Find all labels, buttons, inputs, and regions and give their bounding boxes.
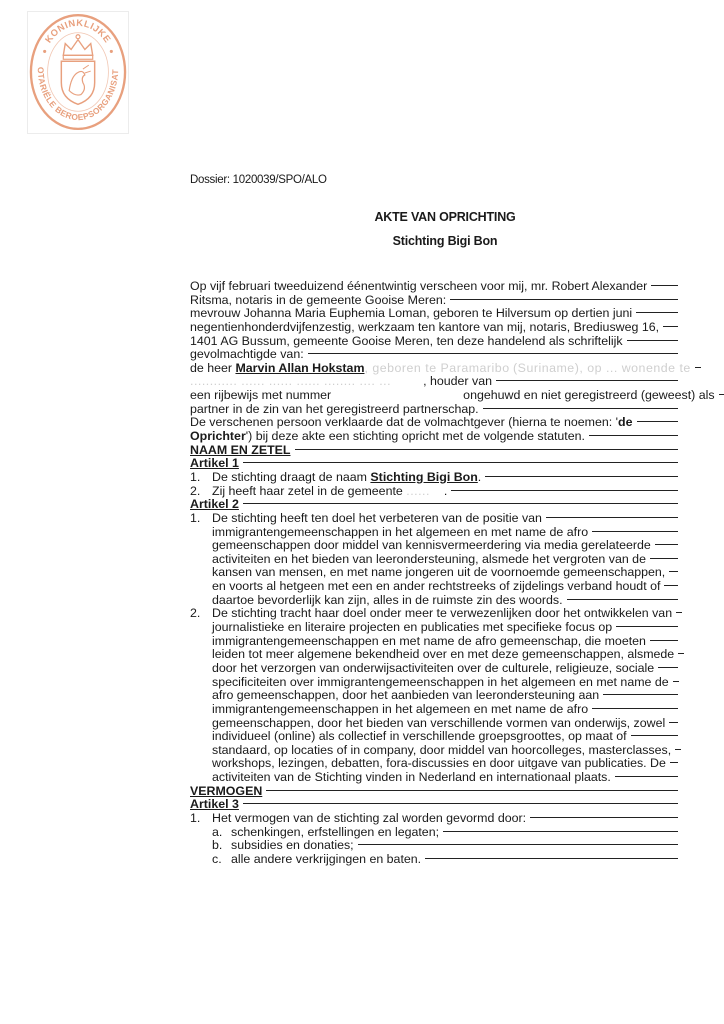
fill-line xyxy=(695,367,701,368)
fill-line xyxy=(589,435,678,436)
foundation-name: Stichting Bigi Bon xyxy=(370,470,477,484)
fill-line xyxy=(719,394,724,395)
deed-body: Op vijf februari tweeduizend éénentwinti… xyxy=(190,280,678,867)
fill-line xyxy=(243,803,678,804)
fill-line xyxy=(443,831,678,832)
intro-line: Ritsma, notaris in de gemeente Gooise Me… xyxy=(190,294,678,308)
fill-line xyxy=(650,640,678,641)
fill-line xyxy=(663,326,678,327)
fill-line xyxy=(243,503,678,504)
fill-line xyxy=(592,531,678,532)
paragraph-line: workshops, lezingen, debatten, fora-disc… xyxy=(190,757,678,771)
fill-line xyxy=(678,653,684,654)
artikel-3-subitem: c.alle andere verkrijgingen en baten. xyxy=(190,853,678,867)
paragraph-line: specificiteiten over immigrantengemeensc… xyxy=(190,676,678,690)
intro-line: gevolmachtigde van: xyxy=(190,348,678,362)
fill-line xyxy=(592,708,678,709)
intro-line: Oprichter') bij deze akte een stichting … xyxy=(190,430,678,444)
intro-line: Op vijf februari tweeduizend éénentwinti… xyxy=(190,280,678,294)
fill-line xyxy=(451,490,678,491)
document-title: AKTE VAN OPRICHTING xyxy=(300,210,590,224)
paragraph-line: 2.De stichting tracht haar doel onder me… xyxy=(190,607,678,621)
artikel-3-item: 1.Het vermogen van de stichting zal word… xyxy=(190,812,678,826)
fill-line xyxy=(358,844,678,845)
intro-line: negentienhonderdvijfenzestig, werkzaam t… xyxy=(190,321,678,335)
paragraph-line: individueel (online) als collectief in v… xyxy=(190,730,678,744)
paragraph-line: immigrantengemeenschappen in het algemee… xyxy=(190,703,678,717)
artikel-1-item: 2.Zij heeft haar zetel in de gemeente ..… xyxy=(190,485,678,499)
artikel-2-item-1: 1.De stichting heeft ten doel het verbet… xyxy=(190,512,678,607)
paragraph-line: immigrantengemeenschappen en met name de… xyxy=(190,635,678,649)
paragraph-line: en voorts al hetgeen met een en ander re… xyxy=(190,580,678,594)
paragraph-line: journalistieke en literaire projecten en… xyxy=(190,621,678,635)
redacted-text: ............ ...... ...... ...... ......… xyxy=(190,374,391,388)
intro-line: de heer Marvin Allan Hokstam, geboren te… xyxy=(190,362,678,376)
fill-line xyxy=(664,585,678,586)
fill-line xyxy=(496,380,678,381)
fill-line xyxy=(675,749,681,750)
fill-line xyxy=(670,762,678,763)
paragraph-line: standaard, op locaties of in company, do… xyxy=(190,744,678,758)
artikel-2-item-2: 2.De stichting tracht haar doel onder me… xyxy=(190,607,678,784)
paragraph-line: activiteiten van de Stichting vinden in … xyxy=(190,771,678,785)
artikel-3-subitem: a.schenkingen, erfstellingen en legaten; xyxy=(190,826,678,840)
document-subtitle: Stichting Bigi Bon xyxy=(300,234,590,248)
fill-line xyxy=(676,612,682,613)
fill-line xyxy=(655,544,678,545)
fill-line xyxy=(651,285,678,286)
fill-line xyxy=(636,312,678,313)
artikel-1-heading: Artikel 1 xyxy=(190,457,678,471)
fill-line xyxy=(669,571,678,572)
paragraph-line: door het verzorgen van onderwijsactivite… xyxy=(190,662,678,676)
artikel-3-subitem: b.subsidies en donaties; xyxy=(190,839,678,853)
redacted-text: (Suriname), op ... wonende te xyxy=(513,361,691,375)
fill-line xyxy=(485,476,678,477)
fill-line xyxy=(616,626,678,627)
artikel-1-item: 1.De stichting draagt de naam Stichting … xyxy=(190,471,678,485)
fill-line xyxy=(658,667,678,668)
paragraph-line: afro gemeenschappen, door het aanbieden … xyxy=(190,689,678,703)
section-heading-vermogen: VERMOGEN xyxy=(190,785,678,799)
fill-line xyxy=(530,817,678,818)
fill-line xyxy=(308,353,678,354)
fill-line xyxy=(243,462,678,463)
paragraph-line: gemeenschappen, door het bieden van vers… xyxy=(190,717,678,731)
dossier-number: Dossier: 1020039/SPO/ALO xyxy=(190,174,327,186)
svg-text:NOTARIËLE BEROEPSORGANISATIE: NOTARIËLE BEROEPSORGANISATIE xyxy=(28,12,120,122)
intro-line: mevrouw Johanna Maria Euphemia Loman, ge… xyxy=(190,307,678,321)
paragraph-line: 1.De stichting heeft ten doel het verbet… xyxy=(190,512,678,526)
paragraph-line: activiteiten en het bieden van leeronder… xyxy=(190,553,678,567)
fill-line xyxy=(266,790,678,791)
intro-line: partner in de zin van het geregistreerd … xyxy=(190,403,678,417)
fill-line xyxy=(603,694,678,695)
fill-line xyxy=(567,599,678,600)
fill-line xyxy=(627,340,678,341)
section-heading-naam-en-zetel: NAAM EN ZETEL xyxy=(190,444,678,458)
redacted-text: ...... xyxy=(406,484,430,498)
fill-line xyxy=(295,449,679,450)
fill-line xyxy=(650,558,678,559)
paragraph-line: leiden tot meer algemene bekendheid over… xyxy=(190,648,678,662)
fill-line xyxy=(669,722,678,723)
principal-name: Marvin Allan Hokstam xyxy=(235,361,364,375)
fill-line xyxy=(546,517,678,518)
paragraph-line: gemeenschappen door middel van kennisver… xyxy=(190,539,678,553)
fill-line xyxy=(673,681,679,682)
fill-line xyxy=(483,408,678,409)
fill-line xyxy=(631,735,678,736)
fill-line xyxy=(450,299,678,300)
intro-line: ............ ...... ...... ...... ......… xyxy=(190,375,678,389)
redacted-text: , geboren te Paramaribo xyxy=(364,361,509,375)
paragraph-line: daartoe bevorderlijk kan zijn, alles in … xyxy=(190,594,678,608)
seal-emblem-icon: KONINKLIJKE NOTARIËLE BEROEPSORGANISATIE xyxy=(28,12,128,133)
fill-line xyxy=(615,776,678,777)
paragraph-line: kansen van mensen, en met name jongeren … xyxy=(190,566,678,580)
artikel-2-heading: Artikel 2 xyxy=(190,498,678,512)
artikel-3-heading: Artikel 3 xyxy=(190,798,678,812)
notary-seal-logo: KONINKLIJKE NOTARIËLE BEROEPSORGANISATIE xyxy=(27,11,129,134)
intro-line: De verschenen persoon verklaarde dat de … xyxy=(190,416,678,430)
fill-line xyxy=(637,421,679,422)
intro-line: 1401 AG Bussum, gemeente Gooise Meren, t… xyxy=(190,335,678,349)
fill-line xyxy=(425,858,678,859)
intro-line: een rijbewijs met nummerongehuwd en niet… xyxy=(190,389,678,403)
paragraph-line: immigrantengemeenschappen in het algemee… xyxy=(190,526,678,540)
